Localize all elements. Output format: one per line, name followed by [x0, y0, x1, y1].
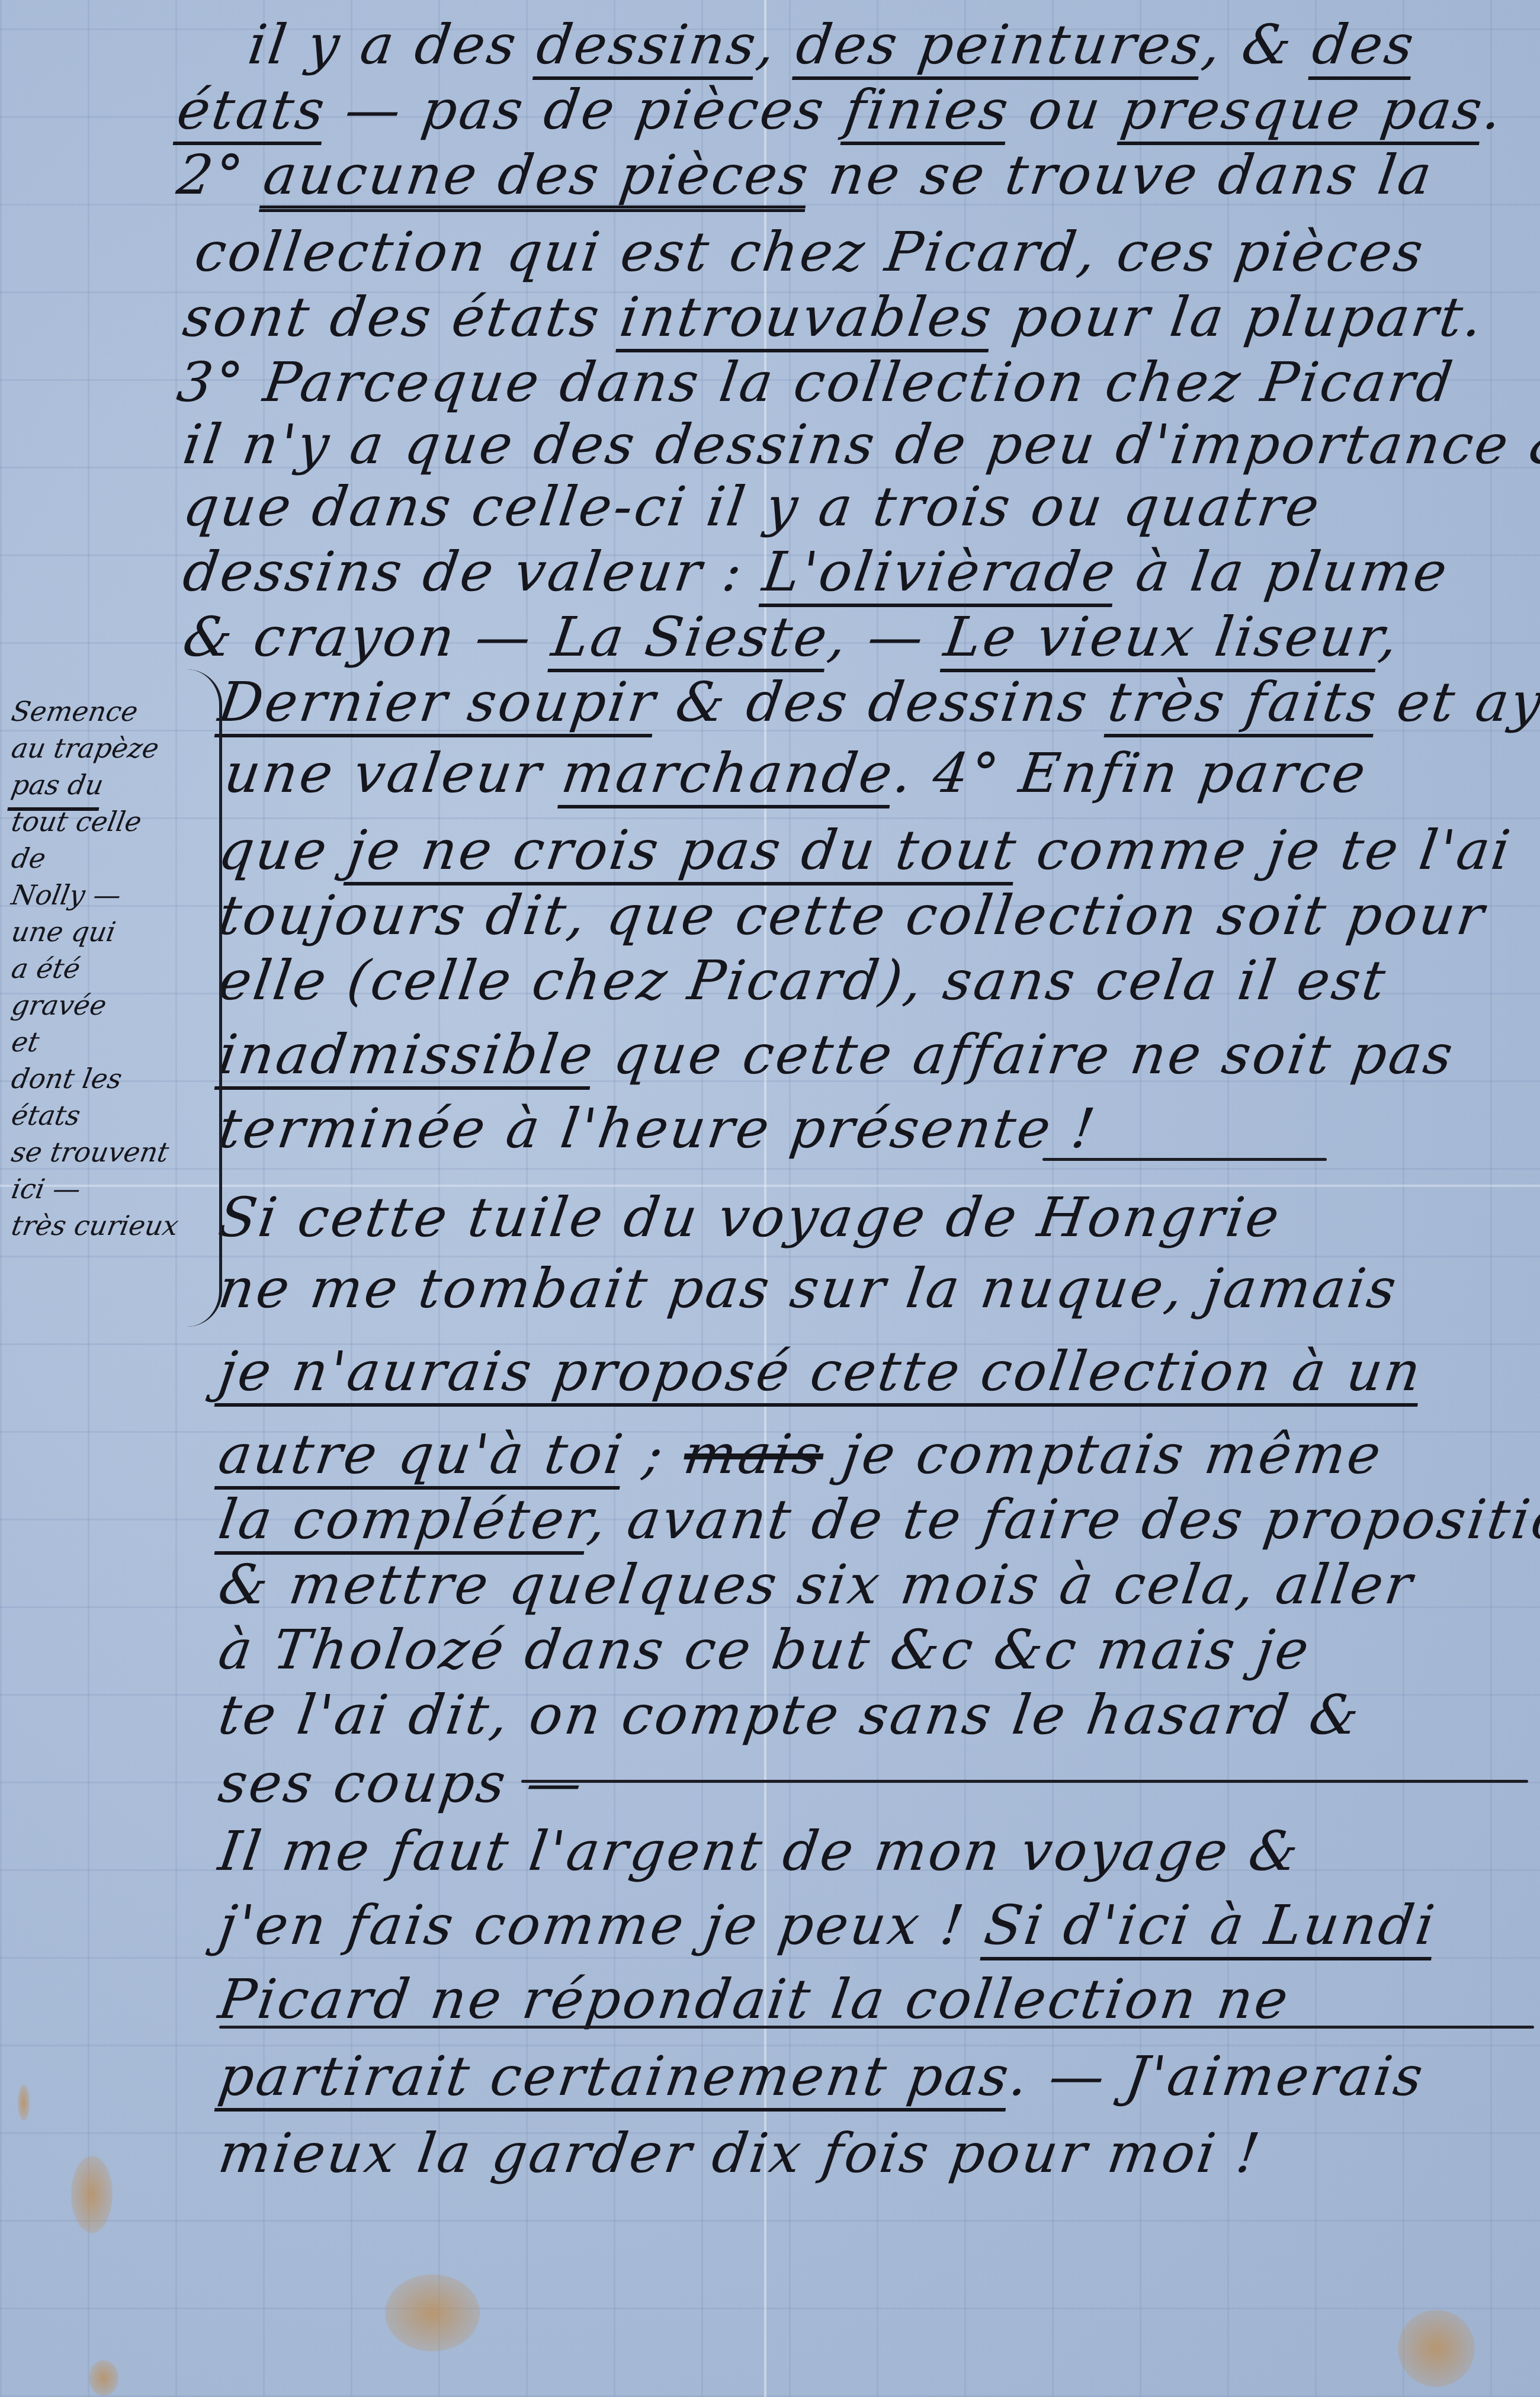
- text-line-2: états — pas de pièces finies ou presque …: [174, 83, 1507, 137]
- margin-note-line: au trapèze: [9, 730, 193, 766]
- margin-note-line: Semence: [9, 693, 193, 730]
- underlined-text: états: [174, 78, 331, 142]
- text: que dans celle-ci il y a trois ou quatre: [179, 475, 1326, 538]
- margin-note-line: gravée: [9, 987, 193, 1023]
- underlined-text: Si d'ici à Lundi: [980, 1894, 1440, 1957]
- text: ne se trouve dans la: [806, 143, 1438, 207]
- underlined-text: je n'aurais proposé cette collection à u…: [215, 1340, 1427, 1403]
- text: ou: [1005, 78, 1126, 142]
- text-line-27: Il me faut l'argent de mon voyage &: [216, 1824, 1304, 1879]
- text: ses coups —: [215, 1751, 589, 1815]
- ink-rule: [219, 2026, 1534, 2029]
- text: , —: [824, 605, 949, 669]
- underlined-text: Le vieux liseur: [941, 605, 1385, 669]
- text: — pas de pièces: [322, 78, 850, 142]
- underlined-text: Dernier soupir: [215, 670, 662, 734]
- text-line-26: ses coups —: [216, 1756, 588, 1811]
- margin-note-line: a été: [9, 950, 193, 987]
- underlined-text: presque pas: [1117, 78, 1488, 142]
- margin-note-line: pas du: [9, 766, 193, 803]
- text: à la plume: [1112, 540, 1453, 604]
- text: j'en fais comme je peux !: [215, 1894, 990, 1957]
- text: & mettre quelques six mois à cela, aller: [215, 1553, 1419, 1616]
- text-line-1: il y a des dessins, des peintures, & des: [245, 18, 1419, 72]
- text-line-16: inadmissible que cette affaire ne soit p…: [216, 1028, 1458, 1082]
- underlined-text: très faits: [1104, 670, 1382, 734]
- text-line-23: & mettre quelques six mois à cela, aller: [216, 1558, 1418, 1612]
- text: pour la plupart.: [989, 285, 1488, 349]
- text: . 4° Enfin parce: [890, 742, 1371, 805]
- margin-note-line: de: [9, 840, 193, 877]
- text: 3° Parceque dans la collection chez Pica…: [174, 351, 1459, 414]
- letter-body: il y a des dessins, des peintures, & des…: [0, 0, 1540, 2397]
- text: sont des états: [179, 285, 625, 349]
- text-line-21: autre qu'à toi ; mais je comptais même: [216, 1427, 1387, 1482]
- struck-through-text: mais: [680, 1423, 828, 1486]
- text-line-17: terminée à l'heure présente !: [216, 1102, 1101, 1156]
- margin-note-line: et: [9, 1023, 193, 1060]
- margin-note-line: tout celle: [9, 803, 193, 840]
- text: Il me faut l'argent de mon voyage &: [215, 1820, 1305, 1883]
- text: ne me tombait pas sur la nuque, jamais: [215, 1257, 1403, 1320]
- margin-note: Semence au trapèze pas du tout celle de …: [12, 693, 190, 1244]
- text: que: [215, 819, 353, 882]
- underlined-text: finies: [840, 78, 1014, 142]
- margin-note-line: se trouvent: [9, 1134, 193, 1170]
- text: toujours dit, que cette collection soit …: [215, 884, 1490, 947]
- underlined-text: des peintures: [793, 13, 1208, 76]
- text: une valeur: [221, 742, 567, 805]
- text-line-20: je n'aurais proposé cette collection à u…: [216, 1344, 1426, 1399]
- text-line-29: Picard ne répondait la collection ne: [216, 1972, 1294, 2027]
- text: terminée à l'heure présente !: [215, 1097, 1101, 1160]
- text-line-3: 2° aucune des pièces ne se trouve dans l…: [174, 148, 1437, 203]
- underlined-text: marchande: [558, 742, 899, 805]
- text: il y a des: [245, 13, 542, 76]
- underlined-text: des: [1308, 13, 1420, 76]
- margin-note-line: dont les: [9, 1060, 193, 1097]
- ink-rule: [1042, 1158, 1327, 1161]
- text: comme je te l'ai: [1013, 819, 1516, 882]
- text: elle (celle chez Picard), sans cela il e…: [215, 949, 1391, 1012]
- text: à Tholozé dans ce but &c &c mais je: [215, 1618, 1315, 1682]
- text-line-24: à Tholozé dans ce but &c &c mais je: [216, 1623, 1314, 1677]
- text-line-12: une valeur marchande. 4° Enfin parce: [222, 746, 1371, 801]
- text: & crayon —: [179, 605, 557, 669]
- underlined-text: partirait certainement pas: [215, 2045, 1015, 2108]
- text: 2°: [174, 143, 269, 207]
- text-line-14: toujours dit, que cette collection soit …: [216, 888, 1490, 943]
- text: te l'ai dit, on compte sans le hasard &: [215, 1683, 1365, 1747]
- margin-note-line: une qui: [9, 913, 193, 950]
- text-line-30: partirait certainement pas. — J'aimerais: [216, 2049, 1429, 2104]
- underlined-text: La Sieste: [548, 605, 833, 669]
- text: je comptais même: [819, 1423, 1387, 1486]
- text-line-25: te l'ai dit, on compte sans le hasard &: [216, 1688, 1365, 1743]
- text-line-28: j'en fais comme je peux ! Si d'ici à Lun…: [216, 1898, 1440, 1953]
- text: mieux la garder dix fois pour moi !: [215, 2122, 1266, 2185]
- margin-note-line: états: [9, 1097, 193, 1134]
- text: & des dessins: [652, 670, 1113, 734]
- underlined-text: L'olivièrade: [759, 540, 1121, 604]
- text-line-18: Si cette tuile du voyage de Hongrie: [216, 1191, 1285, 1245]
- text-line-9: dessins de valeur : L'olivièrade à la pl…: [180, 545, 1453, 599]
- text: et ayant: [1374, 670, 1540, 734]
- text: Picard ne répondait la collection ne: [215, 1968, 1294, 2031]
- underlined-text: la compléter: [215, 1488, 593, 1551]
- margin-note-line: ici —: [9, 1170, 193, 1207]
- text-line-5: sont des états introuvables pour la plup…: [180, 290, 1488, 345]
- underlined-text: autre qu'à toi: [215, 1423, 629, 1486]
- text-line-10: & crayon — La Sieste, — Le vieux liseur,: [180, 610, 1404, 665]
- underlined-text: je ne crois pas du tout: [344, 819, 1022, 882]
- text-line-7: il n'y a que des dessins de peu d'import…: [180, 418, 1540, 472]
- underlined-text: dessins: [533, 13, 762, 76]
- text-line-31: mieux la garder dix fois pour moi !: [216, 2126, 1265, 2181]
- text: , &: [1199, 13, 1318, 76]
- double-underlined-text: aucune des pièces: [259, 143, 814, 207]
- text: que cette affaire ne soit pas: [590, 1023, 1459, 1086]
- text-line-22: la compléter, avant de te faire des prop…: [216, 1493, 1540, 1547]
- text: collection qui est chez Picard, ces pièc…: [191, 220, 1429, 284]
- text-line-4: collection qui est chez Picard, ces pièc…: [192, 225, 1429, 280]
- text-line-11: Dernier soupir & des dessins très faits …: [216, 675, 1540, 730]
- text: il n'y a que des dessins de peu d'import…: [179, 413, 1540, 476]
- margin-note-line: très curieux: [9, 1207, 193, 1244]
- text-line-8: que dans celle-ci il y a trois ou quatre: [180, 480, 1325, 534]
- ink-rule: [521, 1780, 1528, 1783]
- underlined-text: inadmissible: [215, 1023, 599, 1086]
- text: dessins de valeur :: [179, 540, 768, 604]
- text: Si cette tuile du voyage de Hongrie: [215, 1186, 1285, 1249]
- text: , avant de te faire des propositions: [584, 1488, 1540, 1551]
- underlined-text: introuvables: [616, 285, 997, 349]
- text-line-6: 3° Parceque dans la collection chez Pica…: [174, 355, 1458, 410]
- text-line-19: ne me tombait pas sur la nuque, jamais: [216, 1262, 1402, 1316]
- text: . — J'aimerais: [1006, 2045, 1429, 2108]
- text-line-13: que je ne crois pas du tout comme je te …: [216, 823, 1516, 878]
- margin-note-line: Nolly —: [9, 877, 193, 913]
- text: ;: [620, 1423, 689, 1486]
- text-line-15: elle (celle chez Picard), sans cela il e…: [216, 954, 1391, 1008]
